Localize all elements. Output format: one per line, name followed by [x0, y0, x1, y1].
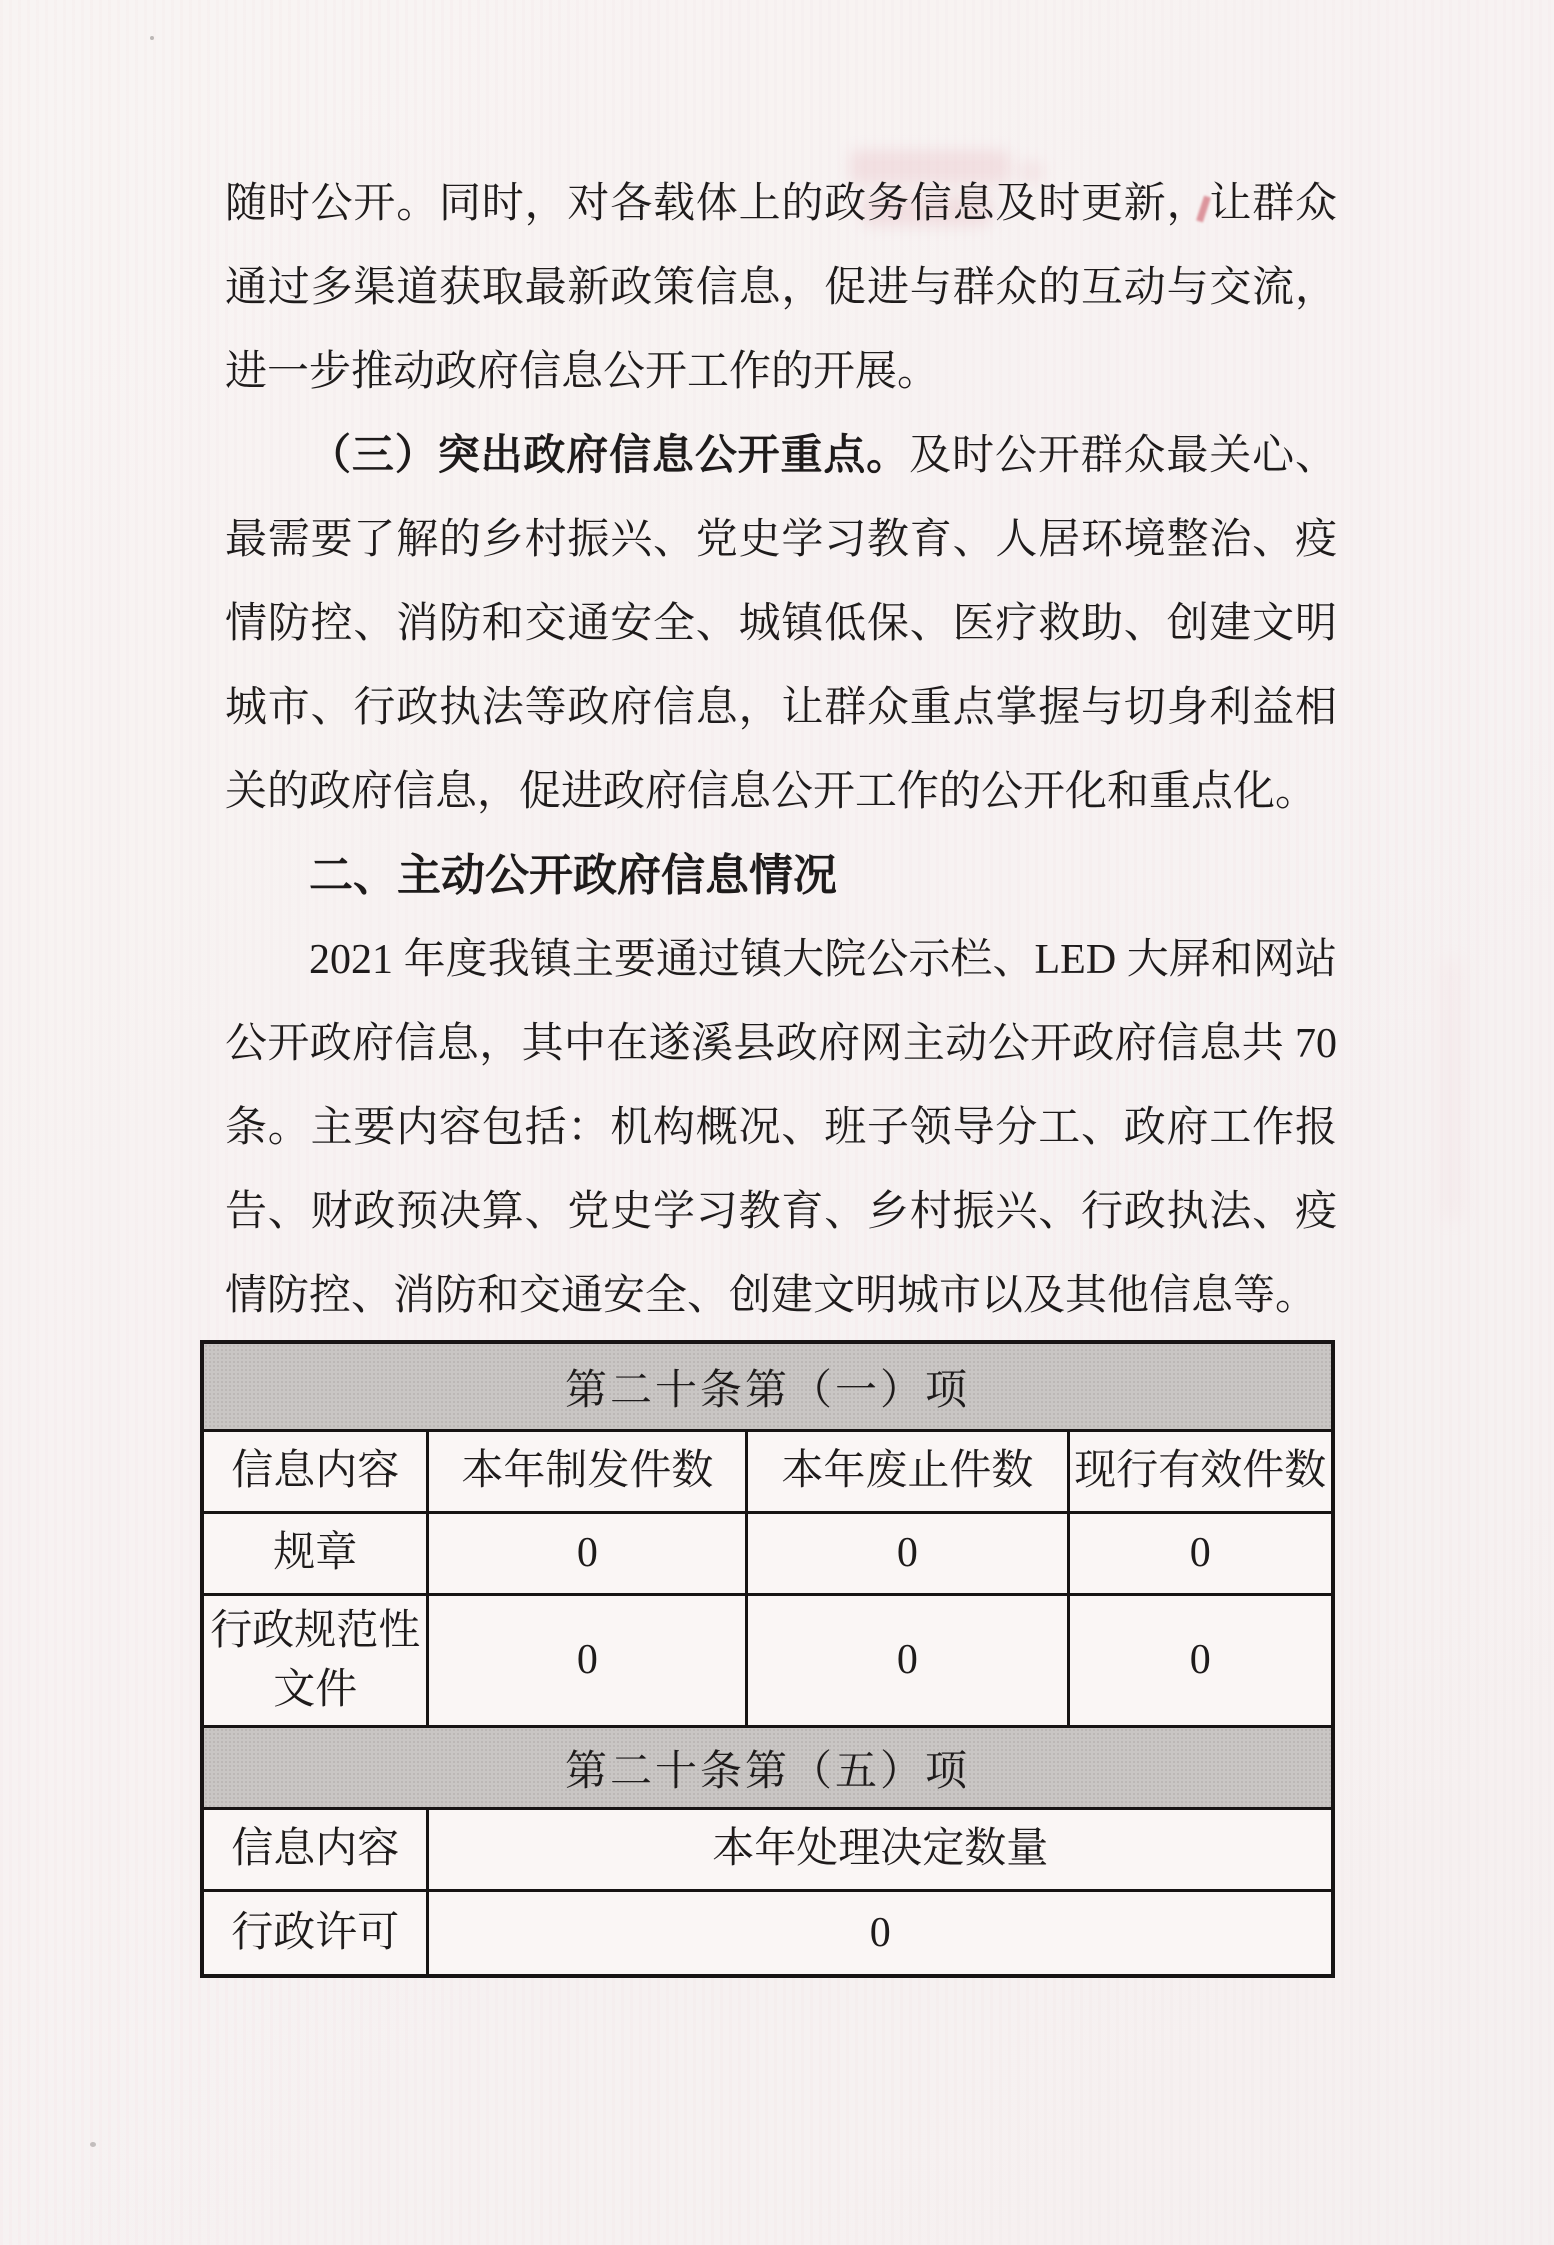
section-heading: 二、主动公开政府信息情况 — [225, 834, 1337, 918]
table-cell: 0 — [429, 1596, 748, 1725]
table-row: 行政许可0 — [204, 1892, 1331, 1974]
column-header: 信息内容 — [204, 1810, 429, 1889]
text-line: 情防控、消防和交通安全、创建文明城市以及其他信息等。 — [225, 1254, 1337, 1338]
text-line: 条。主要内容包括：机构概况、班子领导分工、政府工作报 — [225, 1086, 1337, 1170]
table-row: 规章000 — [204, 1514, 1331, 1596]
ink-speck — [90, 2142, 96, 2147]
text-line: 进一步推动政府信息公开工作的开展。 — [225, 330, 1337, 414]
text-line: 情防控、消防和交通安全、城镇低保、医疗救助、创建文明 — [225, 582, 1337, 666]
table-cell: 0 — [1070, 1596, 1331, 1725]
text-line: 城市、行政执法等政府信息，让群众重点掌握与切身利益相 — [225, 666, 1337, 750]
text-line: 随时公开。同时，对各载体上的政务信息及时更新，让群众 — [225, 162, 1337, 246]
table-cell: 0 — [429, 1892, 1331, 1974]
text-line: 最需要了解的乡村振兴、党史学习教育、人居环境整治、疫 — [225, 498, 1337, 582]
table-row: 行政规范性 文件000 — [204, 1596, 1331, 1728]
text-line: 关的政府信息，促进政府信息公开工作的公开化和重点化。 — [225, 750, 1337, 834]
table-cell: 0 — [429, 1514, 748, 1593]
table-cell: 行政规范性 文件 — [204, 1596, 429, 1725]
table-cell: 行政许可 — [204, 1892, 429, 1974]
text-line: 2021 年度我镇主要通过镇大院公示栏、LED 大屏和网站 — [225, 918, 1337, 1002]
column-header: 信息内容 — [204, 1432, 429, 1511]
text-line: 公开政府信息，其中在遂溪县政府网主动公开政府信息共 70 — [225, 1002, 1337, 1086]
table-section-article20-item1: 信息内容本年制发件数本年废止件数现行有效件数规章000行政规范性 文件000 — [204, 1432, 1331, 1728]
table-cell: 0 — [1070, 1514, 1331, 1593]
text-line: 通过多渠道获取最新政策信息，促进与群众的互动与交流， — [225, 246, 1337, 330]
column-header: 本年制发件数 — [429, 1432, 748, 1511]
table-section-article20-item5: 信息内容本年处理决定数量行政许可0 — [204, 1810, 1331, 1974]
bold-lead-text: （三）突出政府信息公开重点。 — [309, 433, 909, 479]
scanned-document-page: 随时公开。同时，对各载体上的政务信息及时更新，让群众通过多渠道获取最新政策信息，… — [0, 0, 1554, 2245]
document-body: 随时公开。同时，对各载体上的政务信息及时更新，让群众通过多渠道获取最新政策信息，… — [225, 162, 1337, 1338]
column-header: 本年处理决定数量 — [429, 1810, 1331, 1889]
text-line: （三）突出政府信息公开重点。及时公开群众最关心、 — [225, 414, 1337, 498]
table-header-row: 信息内容本年制发件数本年废止件数现行有效件数 — [204, 1432, 1331, 1514]
table-cell: 0 — [748, 1596, 1069, 1725]
statistics-table: 第二十条第（一）项 信息内容本年制发件数本年废止件数现行有效件数规章000行政规… — [200, 1340, 1335, 1978]
column-header: 本年废止件数 — [748, 1432, 1069, 1511]
table-section-title-article20-item1: 第二十条第（一）项 — [204, 1344, 1331, 1432]
table-header-row: 信息内容本年处理决定数量 — [204, 1810, 1331, 1892]
text-line: 告、财政预决算、党史学习教育、乡村振兴、行政执法、疫 — [225, 1170, 1337, 1254]
table-cell: 0 — [748, 1514, 1069, 1593]
column-header: 现行有效件数 — [1070, 1432, 1331, 1511]
scanner-streak — [1442, 960, 1460, 1220]
table-section-title-article20-item5: 第二十条第（五）项 — [204, 1728, 1331, 1810]
table-cell: 规章 — [204, 1514, 429, 1593]
ink-speck — [150, 36, 154, 40]
